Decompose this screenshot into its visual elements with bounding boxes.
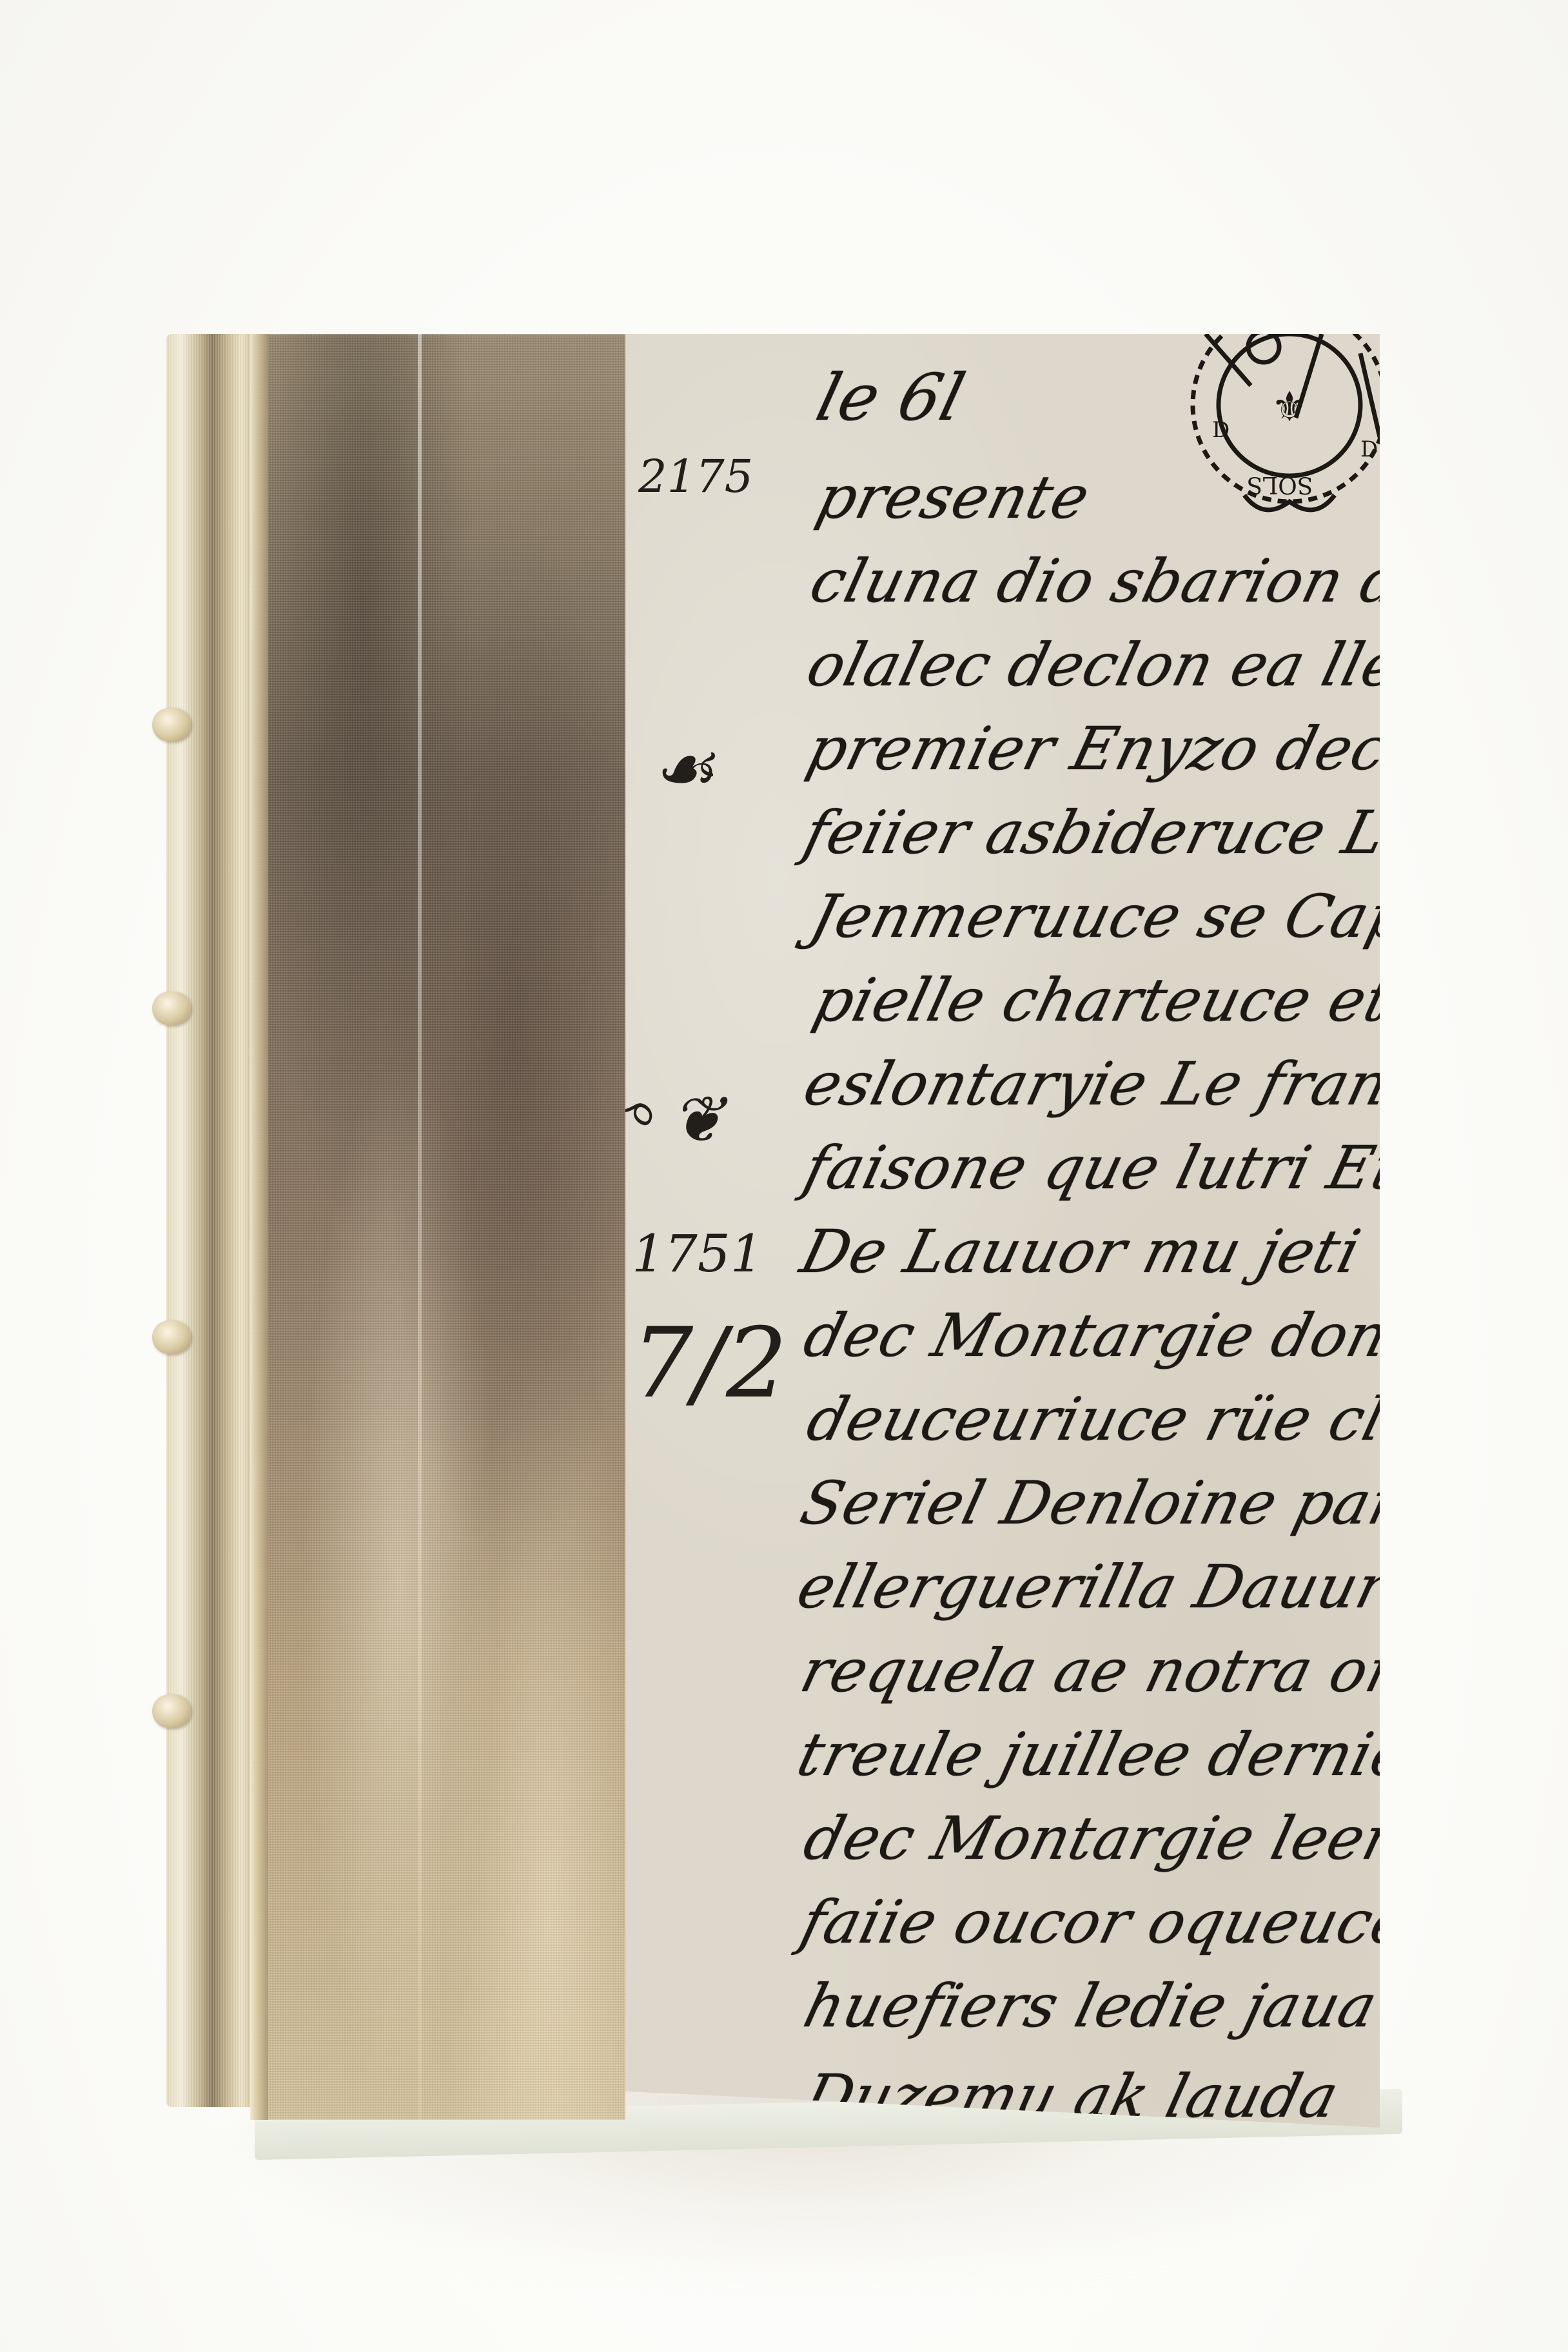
margin-flourish-icon: ☙ — [651, 727, 715, 810]
manuscript-line: huefiers ledie jaua — [798, 1972, 1380, 2041]
manuscript-line: eslontaryie Le france — [798, 1050, 1380, 1119]
gold-foil-cover-panel — [250, 334, 625, 2120]
manuscript-cover-panel: ⚜ SOLS D D le 6l presente cluna dio sbar… — [625, 334, 1380, 2146]
margin-flourish-icon: ❦ — [671, 1082, 725, 1157]
fleur-de-lis-icon: ⚜ — [1271, 384, 1308, 431]
manuscript-line: feiier asbideruce La — [798, 798, 1380, 867]
margin-note: 2175 — [638, 450, 753, 503]
svg-text:D: D — [1360, 436, 1378, 462]
manuscript-line: faiie oucor oqueuce — [794, 1888, 1380, 1957]
svg-text:SOLS: SOLS — [1247, 471, 1313, 498]
manuscript-line: cluna dio sbarion de 18 — [804, 547, 1380, 616]
margin-note: 1751 — [632, 1224, 763, 1284]
manuscript-line: deuceuriuce rüe clea — [801, 1385, 1380, 1454]
manuscript-line: olalec declon ea llere — [801, 631, 1380, 700]
decorative-book: ⚜ SOLS D D le 6l presente cluna dio sbar… — [166, 334, 1380, 2146]
spine-band — [152, 1320, 191, 1354]
manuscript-line: ellerguerilla Dauurnda — [791, 1553, 1380, 1622]
manuscript-line: premier Enyzo dec — [801, 714, 1380, 783]
product-photo: ⚜ SOLS D D le 6l presente cluna dio sbar… — [0, 0, 1568, 2352]
foil-sheen — [418, 334, 422, 2120]
manuscript-line: dec Montargie leemoa — [798, 1804, 1380, 1873]
seal-stamp-icon: ⚜ SOLS D D — [1167, 334, 1380, 553]
manuscript-line: Seriel Denloine para — [794, 1469, 1380, 1538]
manuscript-line: requela ae notra ord — [794, 1636, 1380, 1705]
spine-band — [152, 992, 191, 1025]
manuscript-line: Duzemu ak lauda — [798, 2062, 1346, 2131]
manuscript-line: De Lauuor mu jeti — [794, 1217, 1367, 1286]
spine-band — [152, 708, 191, 741]
svg-text:D: D — [1212, 417, 1230, 443]
manuscript-line: presente — [810, 463, 1097, 532]
book-spine-edge — [166, 334, 250, 2107]
spine-band — [152, 1694, 191, 1728]
manuscript-line: pielle charteuce et Ca — [807, 966, 1380, 1035]
margin-note: 7/2 — [632, 1308, 787, 1420]
manuscript-line: le 6l — [809, 360, 972, 435]
manuscript-line: treule juillee derniea — [791, 1720, 1380, 1789]
manuscript-line: dec Montargie dona — [798, 1301, 1380, 1370]
cover-hinge — [250, 334, 268, 2120]
manuscript-line: faisone que lutri Et — [798, 1133, 1380, 1202]
margin-scribble: ꝺ — [625, 1095, 666, 1135]
manuscript-line: Jenmeruuce se Capi — [804, 882, 1380, 951]
